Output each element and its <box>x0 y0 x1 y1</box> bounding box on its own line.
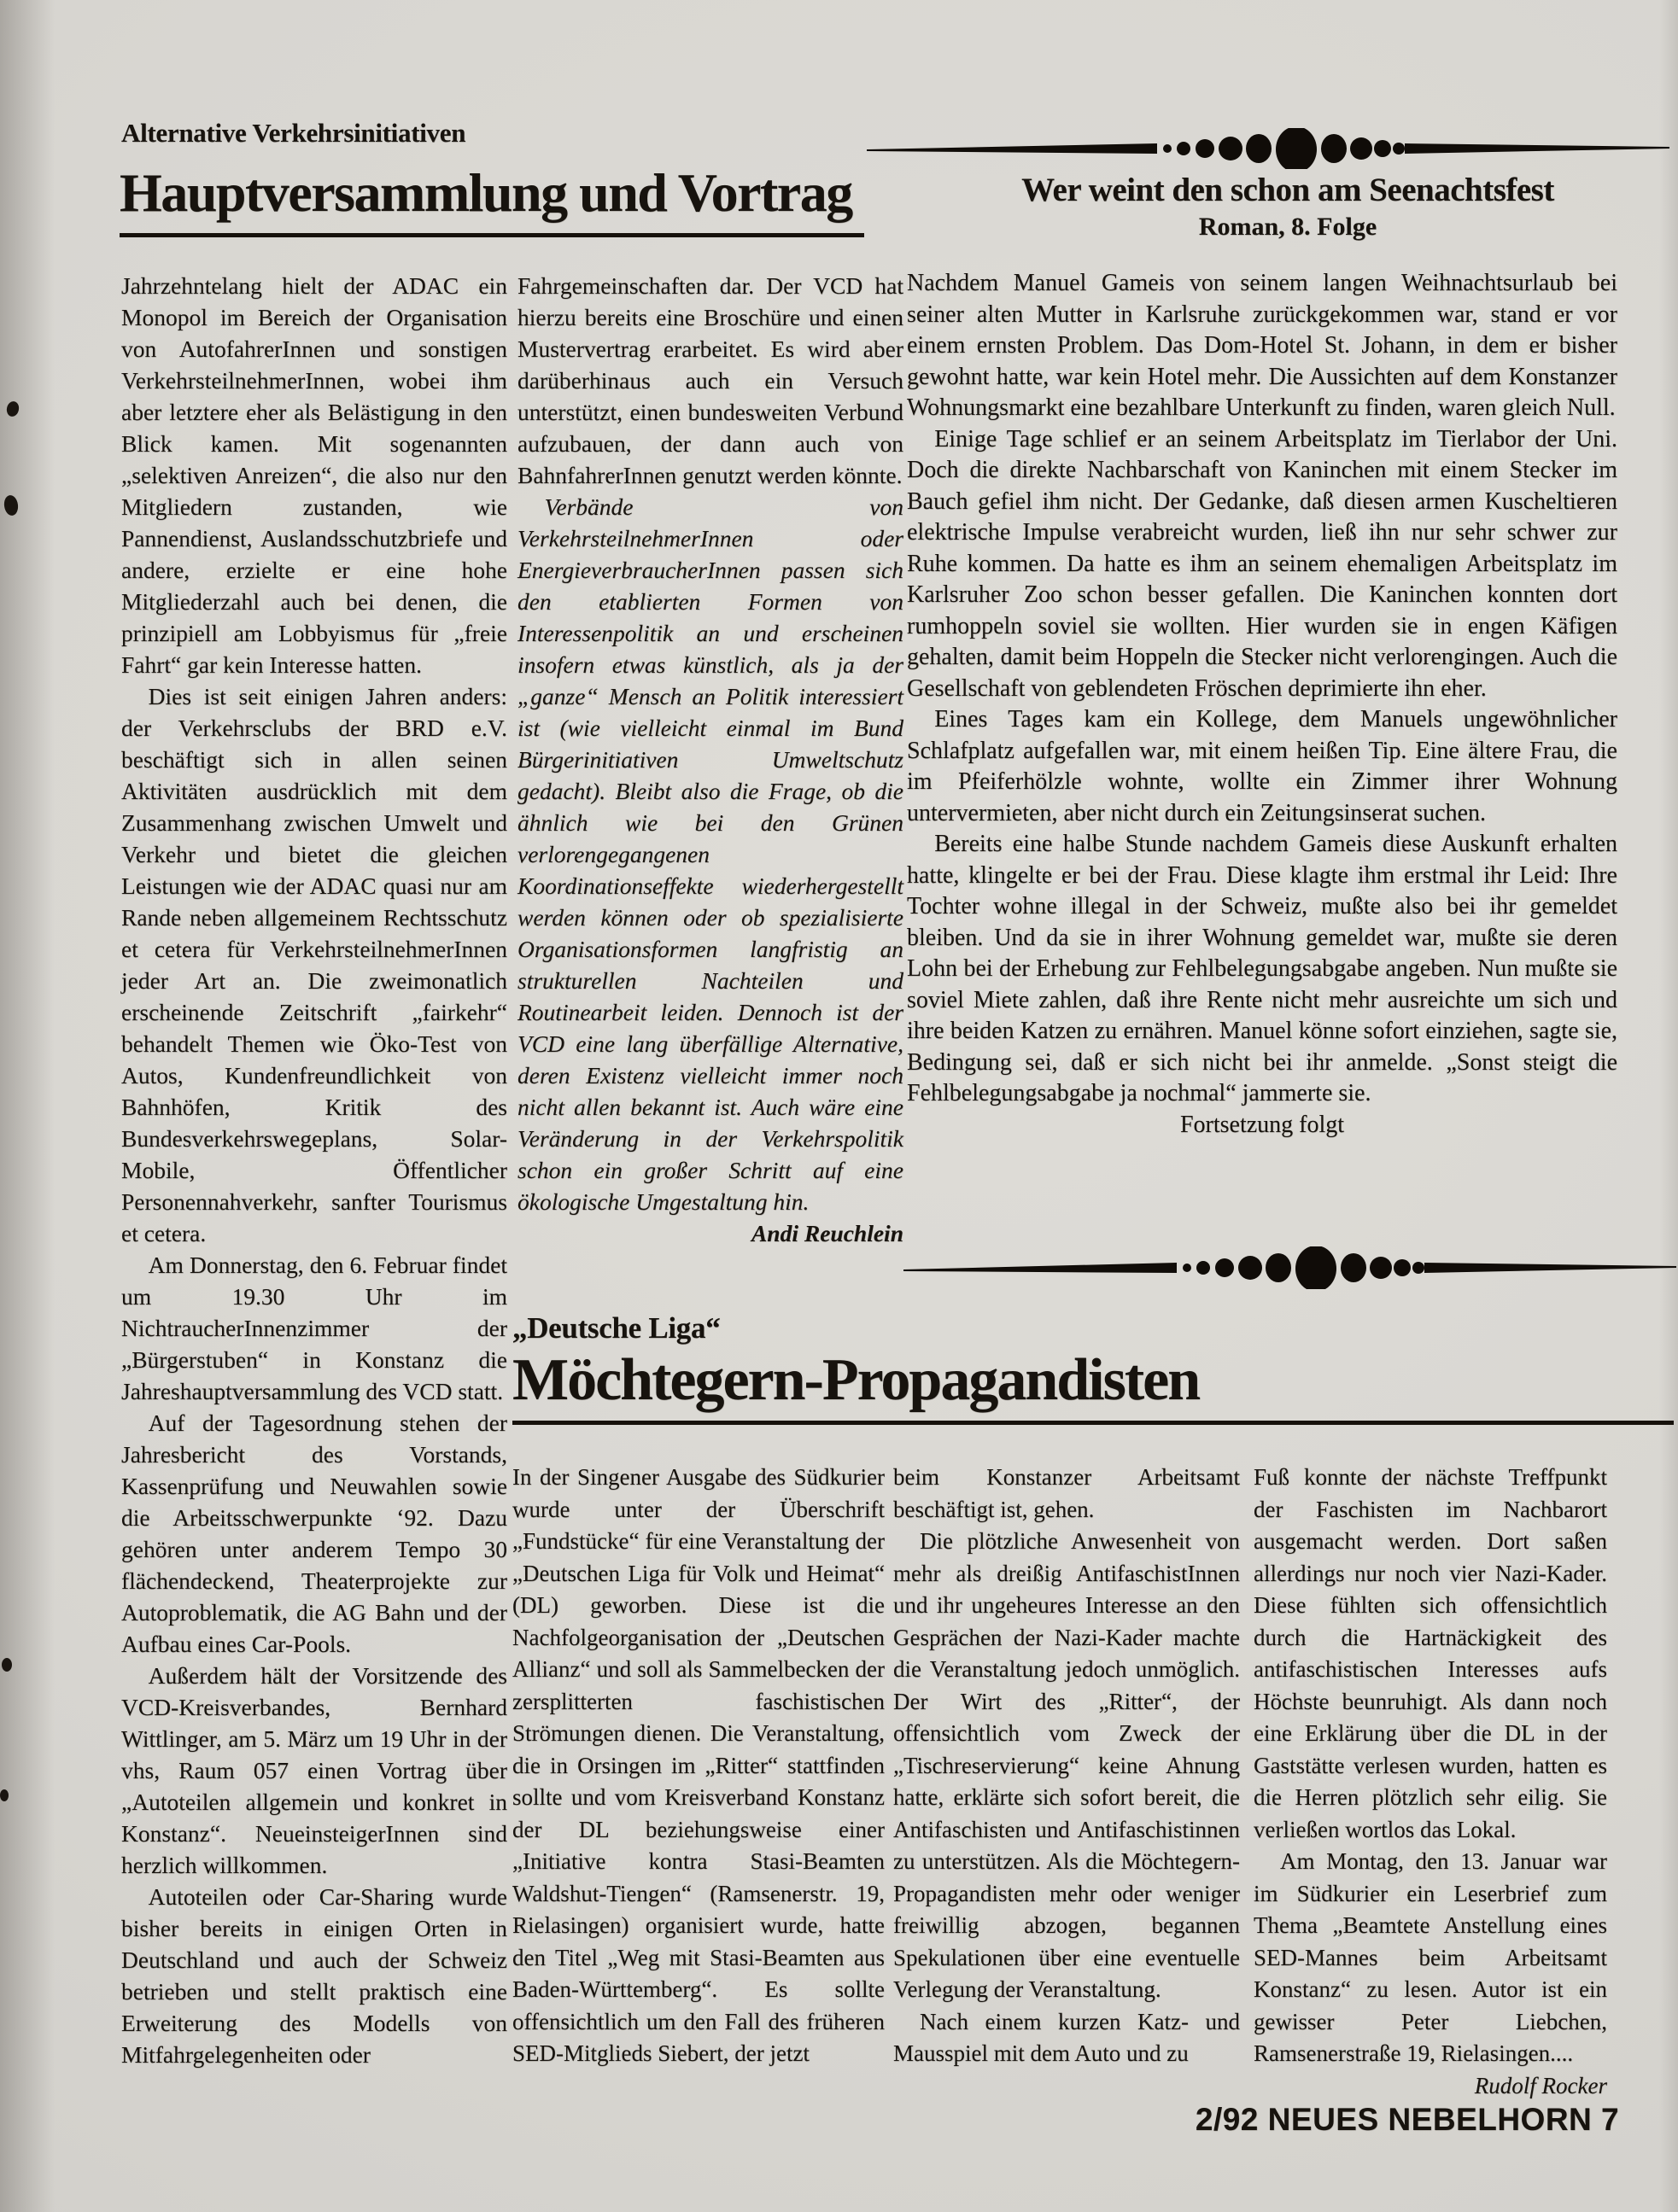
article1-kicker: Alternative Verkehrsinitiativen <box>121 118 465 149</box>
ink-speck <box>2 1658 12 1672</box>
ornamental-divider-top <box>867 128 1669 173</box>
article2-column-3: Fuß konnte der nächste Treffpunkt der Fa… <box>1254 1462 1607 2102</box>
newspaper-page: Alternative Verkehrsinitiativen Hauptver… <box>0 0 1678 2212</box>
article1-author-signature: Andi Reuchlein <box>517 1217 903 1249</box>
paragraph-italic: Verbände von VerkehrsteilnehmerInnen ode… <box>517 491 903 1217</box>
paragraph: Nach einem kurzen Katz- und Mausspiel mi… <box>893 2006 1240 2070</box>
roman-subtitle: Roman, 8. Folge <box>903 213 1672 242</box>
paragraph: Autoteilen oder Car-Sharing wurde bisher… <box>121 1881 507 2070</box>
paragraph: Am Donnerstag, den 6. Februar findet um … <box>121 1249 507 1407</box>
roman-header: Wer weint den schon am Seenachtsfest Rom… <box>903 171 1672 242</box>
ornamental-divider-bottom <box>903 1246 1676 1293</box>
paragraph: beim Konstanzer Arbeitsamt beschäftigt i… <box>893 1462 1240 1526</box>
paragraph: Dies ist seit einigen Jahren anders: der… <box>121 680 507 1249</box>
paragraph: Außerdem hält der Vorsitzende des VCD-Kr… <box>121 1660 507 1881</box>
roman-title: Wer weint den schon am Seenachtsfest <box>903 171 1672 209</box>
paragraph: Fahrgemeinschaften dar. Der VCD hat hier… <box>517 270 903 491</box>
scan-edge-shadow-left <box>0 0 55 2212</box>
article2-column-1: In der Singener Ausgabe des Südkurier wu… <box>512 1462 885 2070</box>
paragraph: Jahrzehntelang hielt der ADAC ein Monopo… <box>121 270 507 680</box>
article1-headline-block: Hauptversammlung und Vortrag <box>120 164 864 237</box>
article2-column-2: beim Konstanzer Arbeitsamt beschäftigt i… <box>893 1462 1240 2070</box>
article1-headline: Hauptversammlung und Vortrag <box>120 164 864 221</box>
ink-speck <box>0 1789 9 1801</box>
page-footer: 2/92 NEUES NEBELHORN 7 <box>1194 2102 1621 2138</box>
paragraph: Auf der Tagesordnung stehen der Jahresbe… <box>121 1407 507 1660</box>
paragraph: Einige Tage schlief er an seinem Arbeits… <box>907 424 1617 705</box>
paragraph: Nachdem Manuel Gameis von seinem langen … <box>907 268 1617 424</box>
paragraph: Die plötzliche Anwesenheit von mehr als … <box>893 1526 1240 2006</box>
article1-column-1: Jahrzehntelang hielt der ADAC ein Monopo… <box>121 270 507 2070</box>
paragraph: Bereits eine halbe Stunde nachdem Gameis… <box>907 829 1617 1110</box>
roman-continuation-note: Fortsetzung folgt <box>907 1110 1617 1141</box>
paragraph: Fuß konnte der nächste Treffpunkt der Fa… <box>1254 1462 1607 1846</box>
article2-headline: Möchtegern-Propagandisten <box>512 1349 1674 1412</box>
article2-kicker: „Deutsche Liga“ <box>512 1311 720 1345</box>
article1-column-2: Fahrgemeinschaften dar. Der VCD hat hier… <box>517 270 903 1249</box>
paragraph: Eines Tages kam ein Kollege, dem Manuels… <box>907 704 1617 829</box>
article2-author-signature: Rudolf Rocker <box>1254 2070 1607 2103</box>
paragraph: Am Montag, den 13. Januar war im Südkuri… <box>1254 1846 1607 2070</box>
paragraph: In der Singener Ausgabe des Südkurier wu… <box>512 1462 885 2070</box>
article2-headline-block: Möchtegern-Propagandisten <box>512 1349 1674 1425</box>
roman-column: Nachdem Manuel Gameis von seinem langen … <box>907 268 1617 1141</box>
scan-edge-shadow-right <box>1659 0 1678 2212</box>
